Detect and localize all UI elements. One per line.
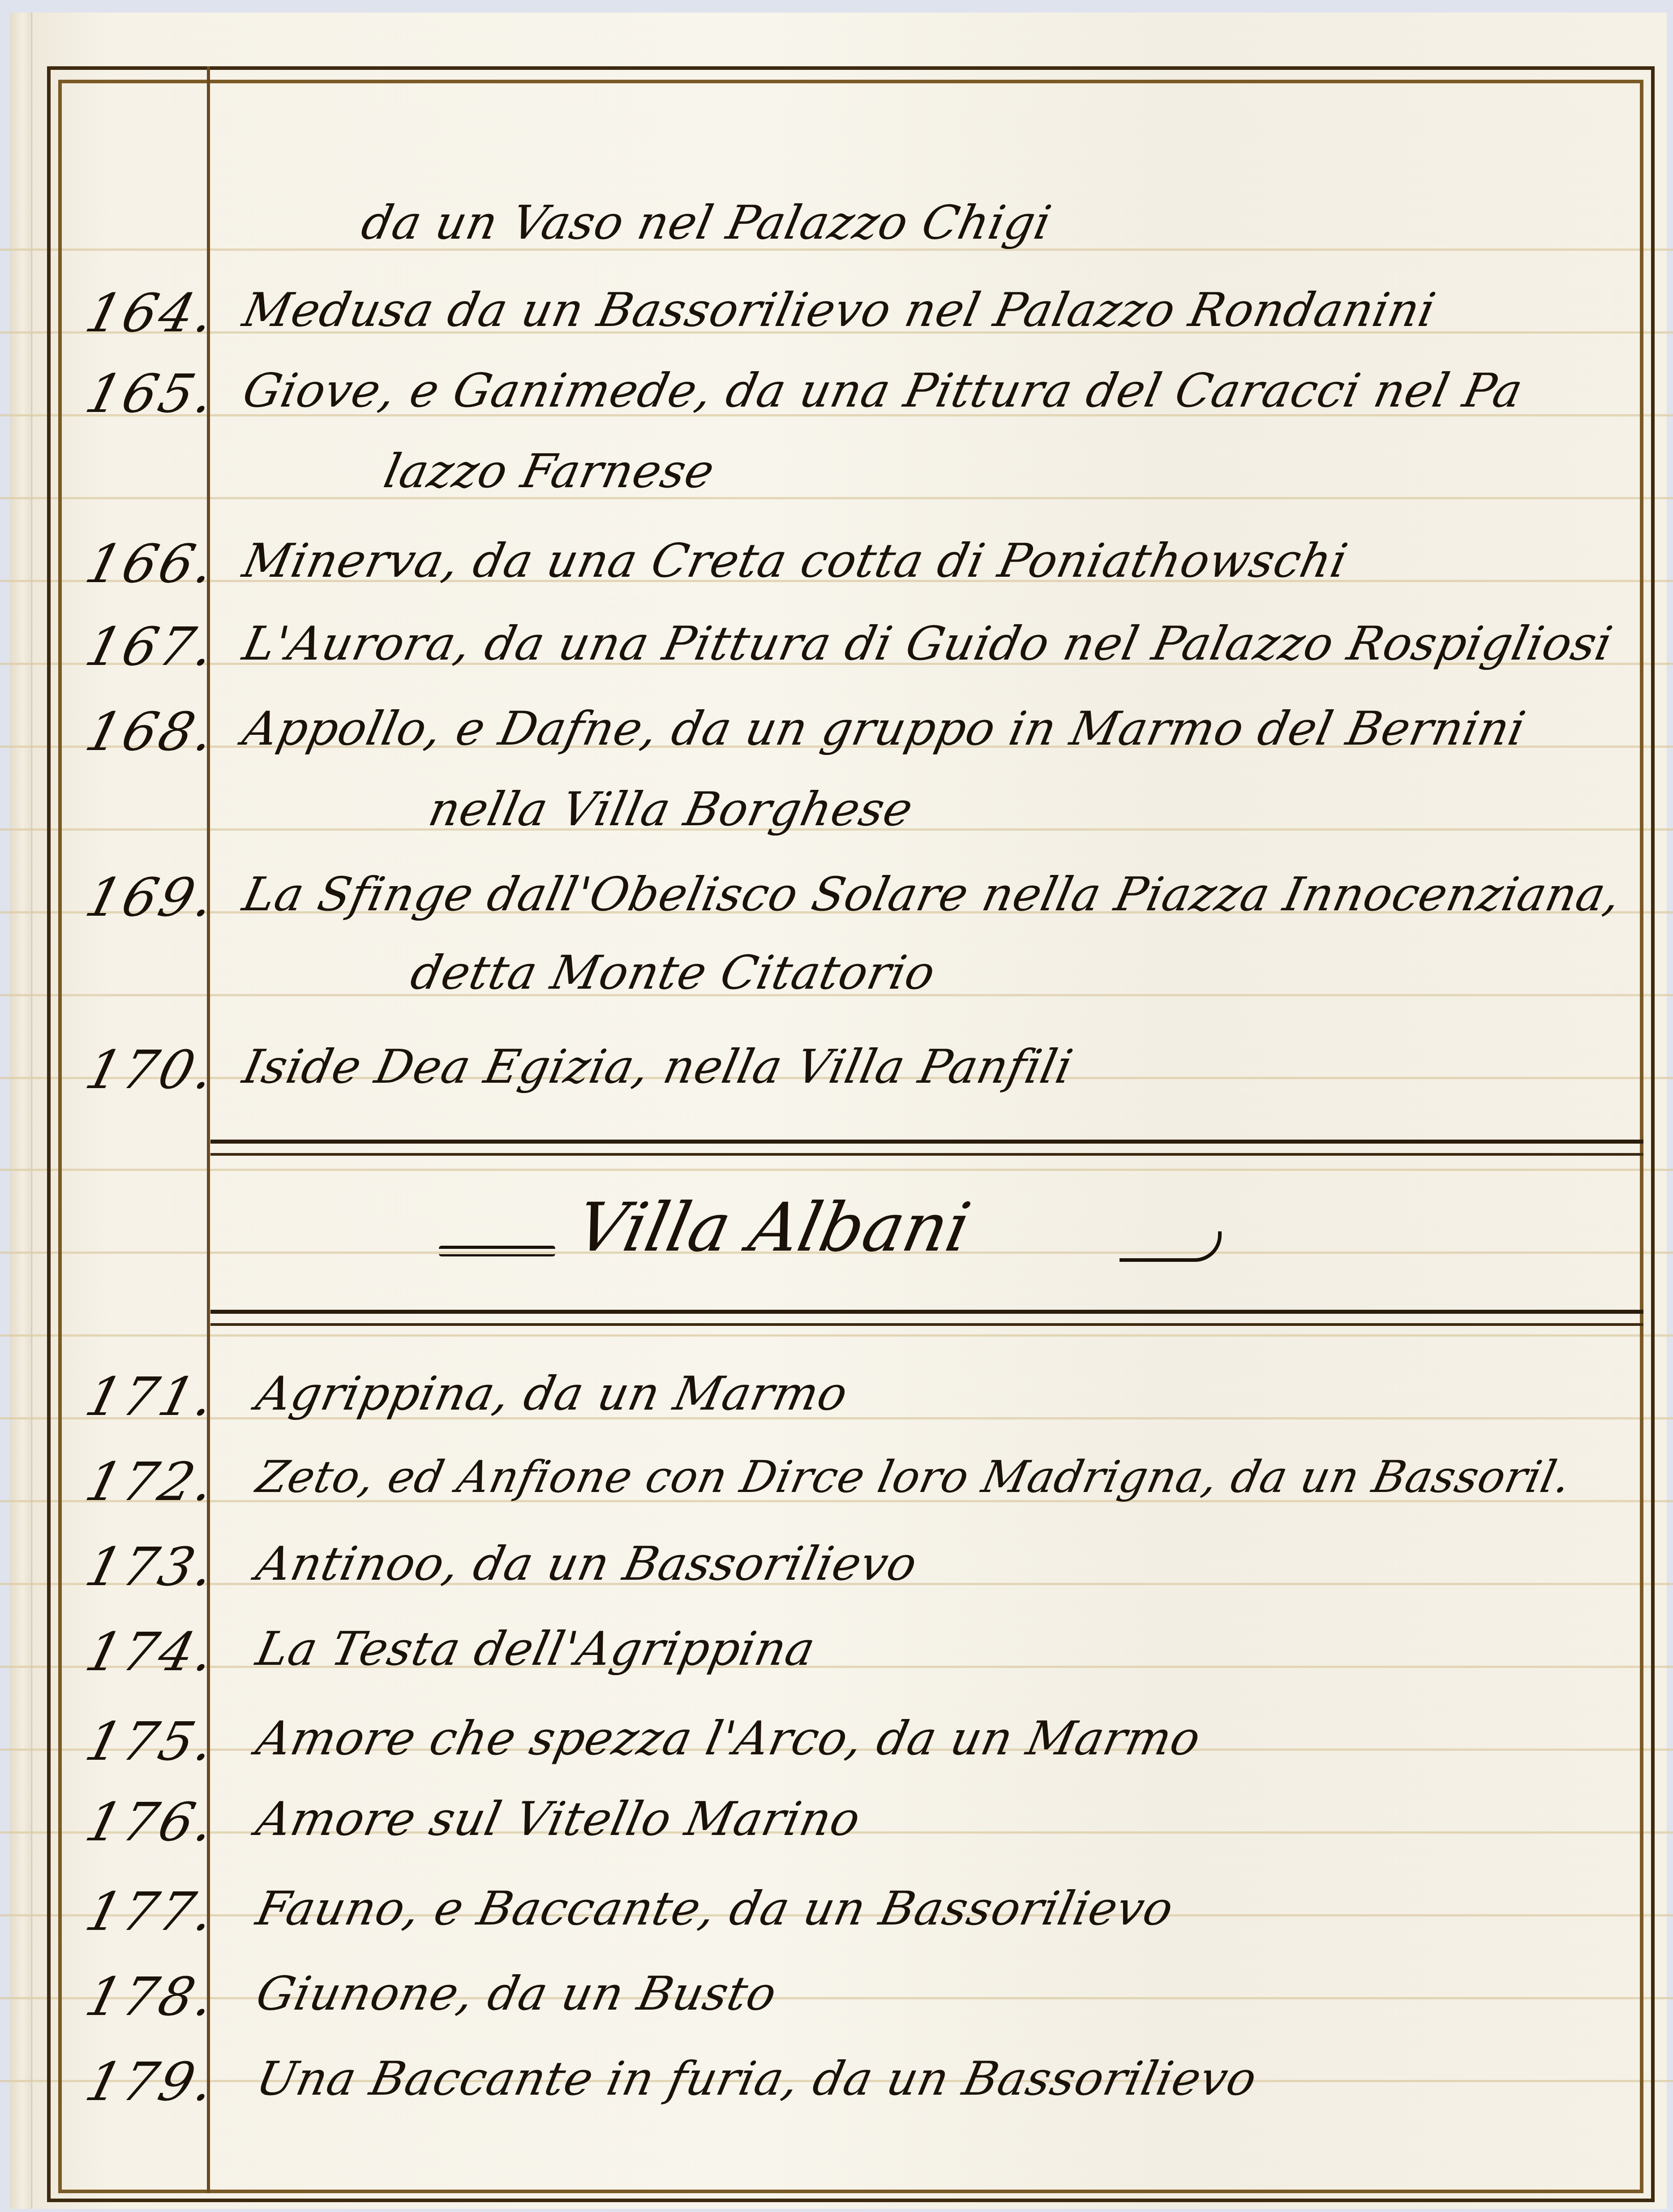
entry-number: 164. [81,287,210,339]
entry-text: Giove, e Ganimede, da una Pittura del Ca… [239,367,1527,414]
entry-number: 167. [81,620,210,673]
section-rule-bottom [210,1310,1643,1314]
section-rule-bottom [210,1323,1643,1326]
continuation-line: da un Vaso nel Palazzo Chigi [358,199,1055,246]
entry-number: 175. [81,1715,210,1768]
heading-flourish-right [1120,1231,1222,1262]
entry-text: Medusa da un Bassorilievo nel Palazzo Ro… [239,287,1440,333]
entry-number: 171. [81,1370,210,1423]
entry-text: Una Baccante in furia, da un Bassoriliev… [253,2055,1261,2102]
entry-text-continuation: detta Monte Citatorio [407,949,939,996]
page-binding-edge [10,13,32,2209]
entry-text: Amore sul Vitello Marino [253,1796,865,1842]
entry-text: Antinoo, da un Bassorilievo [253,1540,921,1587]
section-rule-top [210,1153,1643,1156]
section-heading: Villa Albani [570,1189,977,1267]
entry-text-continuation: nella Villa Borghese [425,786,917,832]
entry-text: Iside Dea Egizia, nella Villa Panfili [239,1043,1077,1090]
entry-number: 169. [81,871,210,924]
entry-text: Minerva, da una Creta cotta di Poniathow… [239,537,1352,584]
entry-text: L'Aurora, da una Pittura di Guido nel Pa… [239,620,1617,667]
section-rule-top [210,1140,1643,1144]
entry-text: Agrippina, da un Marmo [253,1370,852,1417]
entry-number: 165. [81,367,210,420]
heading-flourish-left [439,1246,555,1256]
entry-number: 173. [81,1540,210,1593]
entry-text: Fauno, e Baccante, da un Bassorilievo [253,1885,1178,1932]
entry-number: 166. [81,537,210,590]
entry-text-continuation: lazzo Farnese [380,448,719,494]
entry-text: Appollo, e Dafne, da un gruppo in Marmo … [239,705,1530,752]
entry-number: 168. [81,705,210,758]
entry-number: 178. [81,1970,210,2023]
entry-text: Giunone, da un Busto [253,1970,781,2017]
entry-number: 174. [81,1625,210,1678]
entry-number: 176. [81,1796,210,1848]
entry-number: 172. [81,1455,210,1508]
entry-number: 179. [81,2055,210,2108]
entry-number: 177. [81,1885,210,1938]
entry-number: 170. [81,1043,210,1096]
entry-text: La Sfinge dall'Obelisco Solare nella Pia… [239,871,1625,917]
entry-text: Zeto, ed Anfione con Dirce loro Madrigna… [253,1455,1575,1499]
entry-text: Amore che spezza l'Arco, da un Marmo [253,1715,1205,1762]
entry-text: La Testa dell'Agrippina [253,1625,819,1672]
